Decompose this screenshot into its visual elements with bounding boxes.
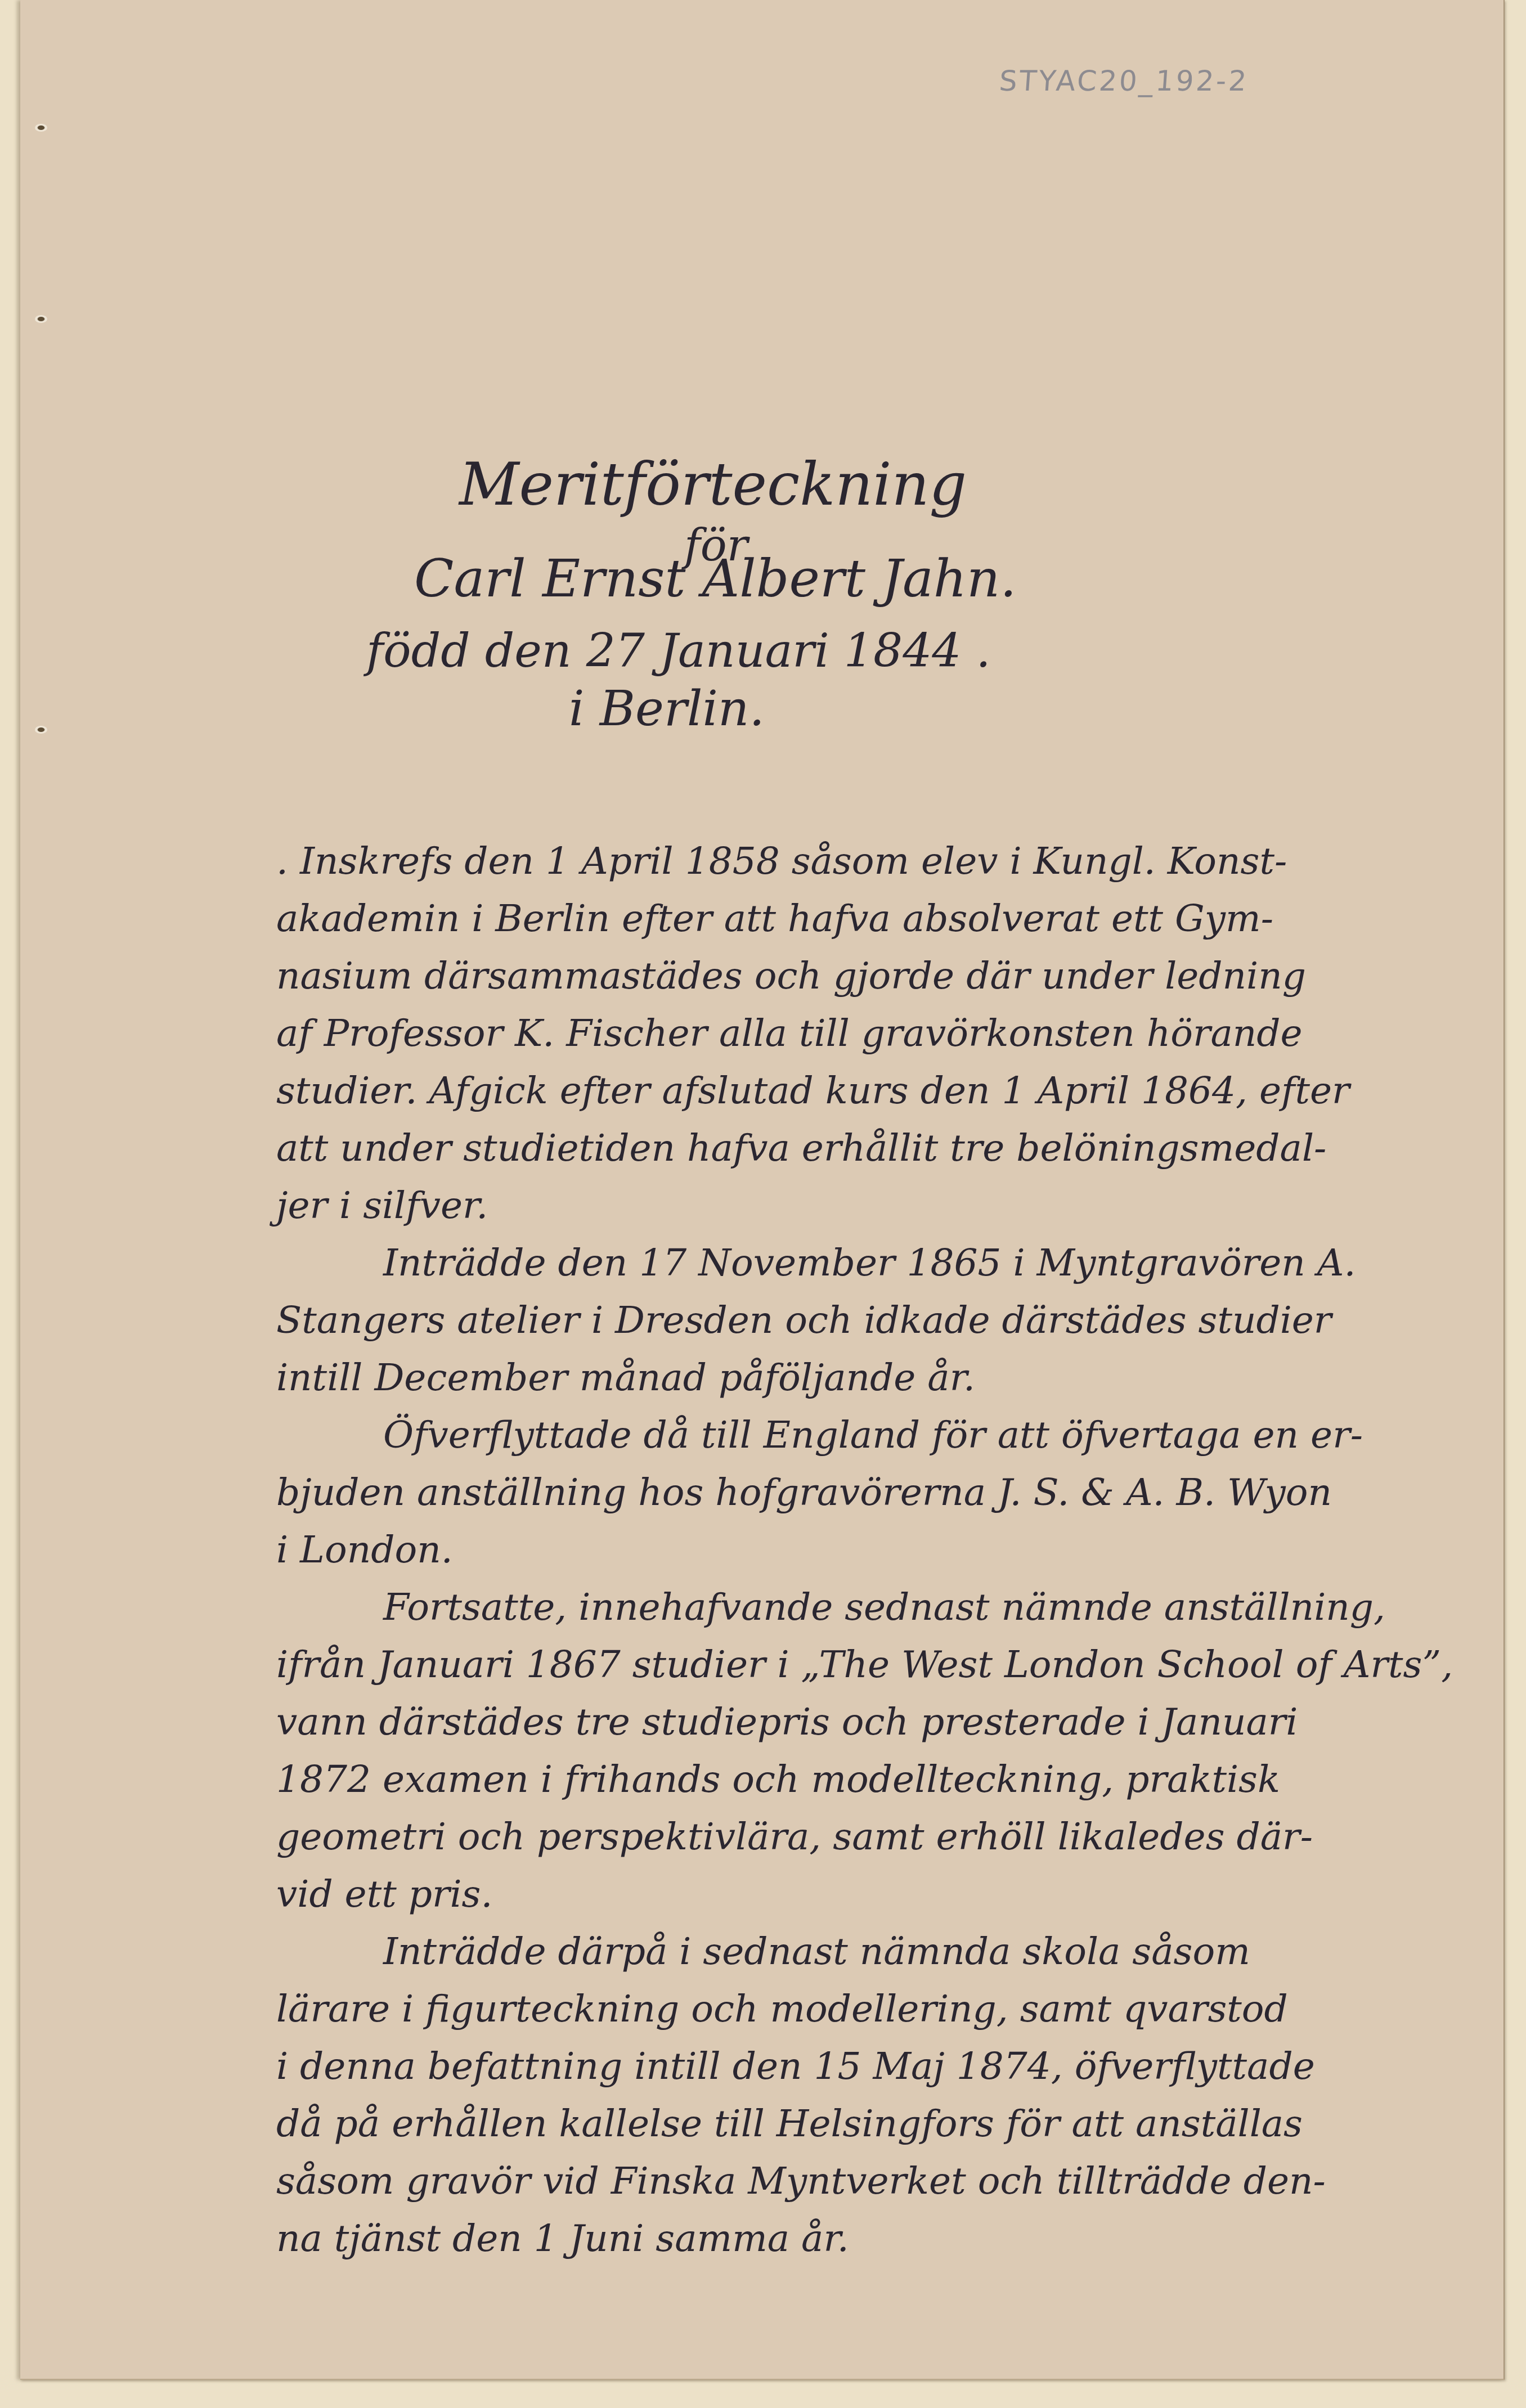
text-line: 1872 examen i frihands och modelltecknin… <box>276 1751 1526 1808</box>
birth-date: född den 27 Januari 1844 . <box>366 625 991 678</box>
subject-name: Carl Ernst Albert Jahn. <box>414 549 1017 609</box>
text-line: jer i silfver. <box>276 1177 1526 1234</box>
document-page: STYAC20_192-2 Meritförteckning för Carl … <box>20 0 1505 2380</box>
text-line: . Inskrefs den 1 April 1858 såsom elev i… <box>276 833 1526 890</box>
catalog-id-pencil-note: STYAC20_192-2 <box>998 65 1250 97</box>
text-line: Öfverflyttade då till England för att öf… <box>276 1407 1526 1464</box>
text-line: studier. Afgick efter afslutad kurs den … <box>276 1062 1526 1120</box>
text-line: Stangers atelier i Dresden och idkade dä… <box>276 1292 1526 1349</box>
punch-hole-lower <box>35 726 47 734</box>
text-line: Inträdde därpå i sednast nämnda skola så… <box>276 1923 1526 1980</box>
punch-hole-upper <box>35 124 47 132</box>
birth-place: i Berlin. <box>569 681 765 737</box>
text-line: att under studietiden hafva erhållit tre… <box>276 1120 1526 1177</box>
text-line: af Professor K. Fischer alla till gravör… <box>276 1005 1526 1062</box>
text-line: Inträdde den 17 November 1865 i Myntgrav… <box>276 1234 1526 1292</box>
text-line: vann därstädes tre studiepris och preste… <box>276 1693 1526 1751</box>
text-line: vid ett pris. <box>276 1866 1526 1923</box>
text-line: intill December månad påföljande år. <box>276 1349 1526 1407</box>
punch-hole-middle <box>35 315 47 323</box>
text-line: Fortsatte, innehafvande sednast nämnde a… <box>276 1579 1526 1636</box>
text-line: geometri och perspektivlära, samt erhöll… <box>276 1808 1526 1866</box>
text-line: ifrån Januari 1867 studier i „The West L… <box>276 1636 1526 1693</box>
document-body: . Inskrefs den 1 April 1858 såsom elev i… <box>276 833 1526 2267</box>
text-line: i London. <box>276 1521 1526 1579</box>
text-line: akademin i Berlin efter att hafva absolv… <box>276 890 1526 947</box>
text-line: nasium därsammastädes och gjorde där und… <box>276 947 1526 1005</box>
text-line: na tjänst den 1 Juni samma år. <box>276 2210 1526 2267</box>
document-heading: Meritförteckning <box>459 450 967 519</box>
text-line: i denna befattning intill den 15 Maj 187… <box>276 2038 1526 2095</box>
text-line: då på erhållen kallelse till Helsingfors… <box>276 2095 1526 2153</box>
text-line: bjuden anställning hos hofgravörerna J. … <box>276 1464 1526 1521</box>
text-line: lärare i figurteckning och modellering, … <box>276 1980 1526 2038</box>
text-line: såsom gravör vid Finska Myntverket och t… <box>276 2153 1526 2210</box>
